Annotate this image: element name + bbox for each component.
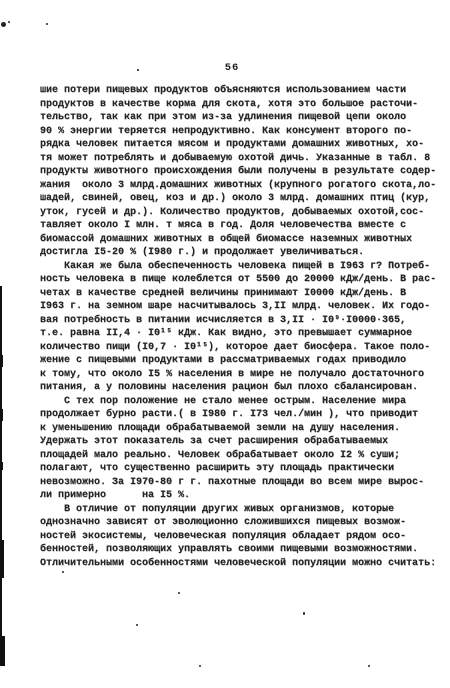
text-line: I963 г. на земном шаре насчитывалось 3,I… [40, 300, 432, 314]
text-line: питания, а у половины населения рацион б… [40, 381, 432, 395]
scan-speck [136, 624, 138, 626]
text-line: продукты животного происхождения были по… [40, 165, 432, 179]
scan-edge-blob [0, 409, 3, 421]
text-line: количество пищи (I0,7 · I0¹⁵), которое д… [40, 341, 432, 355]
text-line: четах в качестве средней величины приним… [40, 287, 432, 301]
paragraph: шие потери пищевых продуктов объясняются… [40, 84, 432, 260]
text-line: бенностей, позволяющих управлять своими … [40, 543, 432, 557]
text-line: достигла I5-20 % (I980 г.) и продолжает … [40, 246, 432, 260]
text-line: жение с пищевыми продуктами в рассматрив… [40, 354, 432, 368]
text-line: рядка человек питается мясом и продуктам… [40, 138, 432, 152]
scan-speck [199, 665, 201, 667]
text-line: Удержать этот показатель за счет расшире… [40, 435, 432, 449]
text-line: тельство, так как при этом из-за удлинен… [40, 111, 432, 125]
text-line: жания около 3 млрд.домашних животных (кр… [40, 179, 432, 193]
scan-speck [303, 612, 305, 615]
paragraph: С тех пор положение не стало менее остры… [40, 395, 432, 503]
text-line: к уменьшению площади обрабатываемой земл… [40, 422, 432, 436]
text-line: тавляет около I млн. т мяса в год. Доля … [40, 219, 432, 233]
text-line: к тому, что около I5 % населения в мире … [40, 368, 432, 382]
scan-speck [178, 592, 180, 594]
scan-edge-blob [0, 636, 5, 666]
scan-speck [8, 21, 10, 23]
scan-speck [137, 69, 139, 71]
scan-speck [62, 571, 64, 573]
scan-edge-blob [0, 540, 4, 578]
scan-speck [368, 665, 370, 667]
scan-speck [1, 22, 6, 27]
text-line: продолжает бурно расти.( в I980 г. I73 ч… [40, 408, 432, 422]
text-line: полагают, что существенно расширить эту … [40, 462, 432, 476]
text-line: ность человека в пище колеблется от 5500… [40, 273, 432, 287]
text-line: 90 % энергии теряется непродуктивно. Как… [40, 125, 432, 139]
text-line: шие потери пищевых продуктов объясняются… [40, 84, 432, 98]
scan-edge-blob [0, 355, 3, 367]
text-line: невозможно. За I970-80 г г. пахотные пло… [40, 476, 432, 490]
text-line: т.е. равна II,4 · I0¹⁵ кДж. Как видно, э… [40, 327, 432, 341]
scan-edge-blob [0, 462, 3, 470]
text-line: В отличие от популяции других живых орга… [40, 503, 432, 517]
text-line: уток, гусей и др.). Количество продуктов… [40, 206, 432, 220]
text-line: тя может потреблять и добываемую охотой … [40, 152, 432, 166]
page-number: 56 [0, 62, 450, 74]
paragraph: В отличие от популяции других живых орга… [40, 503, 432, 571]
text-line: вая потребность в питании исчисляется в … [40, 314, 432, 328]
text-line: ностей экосистемы, человеческая популяци… [40, 530, 432, 544]
text-line: биомассой домашних животных в общей биом… [40, 233, 432, 247]
scanned-page: 56 шие потери пищевых продуктов объясняю… [0, 0, 450, 688]
text-line: Какая же была обеспеченность человека пи… [40, 260, 432, 274]
text-line: однозначно зависят от эволюционно сложив… [40, 516, 432, 530]
text-line: Отличительными особенностями человеческо… [40, 557, 432, 571]
text-line: ли примерно на I5 %. [40, 489, 432, 503]
scan-speck [46, 23, 48, 25]
text-line: шадей, свиней, овец, коз и др.) около 3 … [40, 192, 432, 206]
page-text: шие потери пищевых продуктов объясняются… [40, 84, 432, 570]
paragraph: Какая же была обеспеченность человека пи… [40, 260, 432, 395]
text-line: С тех пор положение не стало менее остры… [40, 395, 432, 409]
text-line: площадей мало реально. Человек обрабатыв… [40, 449, 432, 463]
text-line: продуктов в качестве корма для скота, хо… [40, 98, 432, 112]
